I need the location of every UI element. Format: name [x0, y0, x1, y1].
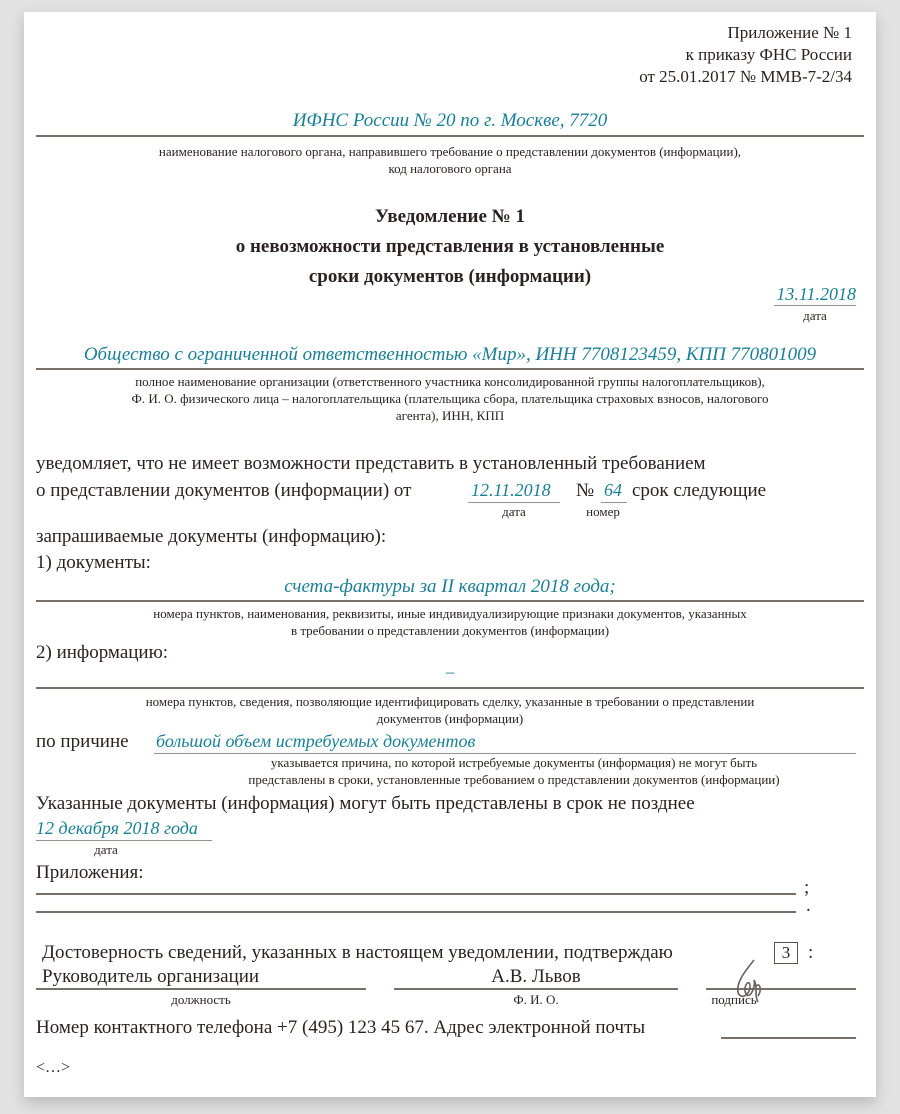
position-underline — [36, 988, 366, 990]
position-caption: должность — [36, 991, 366, 1008]
notice-line-2-prefix: о представлении документов (информации) … — [36, 480, 411, 502]
title-line-3: сроки документов (информации) — [24, 262, 876, 292]
attachment-line-2[interactable] — [36, 911, 796, 913]
full-name-underline — [394, 988, 678, 990]
signature-caption: подпись — [694, 991, 774, 1008]
documents-caption: номера пунктов, наименования, реквизиты,… — [24, 605, 876, 639]
attachment-line-2-end: . — [806, 895, 811, 917]
documents-caption-line-1: номера пунктов, наименования, реквизиты,… — [24, 605, 876, 622]
request-date-caption: дата — [468, 503, 560, 520]
position-value: Руководитель организации — [42, 966, 259, 988]
organization-caption: полное наименование организации (ответст… — [24, 373, 876, 424]
request-number-caption: номер — [576, 503, 630, 520]
document-title: Уведомление № 1 о невозможности представ… — [24, 202, 876, 292]
information-underline — [36, 687, 864, 689]
title-line-2: о невозможности представления в установл… — [24, 232, 876, 262]
document-page: Приложение № 1 к приказу ФНС России от 2… — [24, 12, 876, 1097]
organization-caption-line-3: агента), ИНН, КПП — [24, 407, 876, 424]
information-caption-line-2: документов (информации) — [24, 710, 876, 727]
full-name-caption: Ф. И. О. — [394, 991, 678, 1008]
attachment-line-1[interactable] — [36, 893, 796, 895]
confirmation-code-box: 3 — [774, 942, 798, 964]
contact-text: Номер контактного телефона +7 (495) 123 … — [36, 1017, 645, 1039]
request-date-value: 12.11.2018 — [471, 480, 551, 501]
documents-caption-line-2: в требовании о представлении документов … — [24, 622, 876, 639]
reason-caption-line-1: указывается причина, по которой истребуе… — [164, 754, 864, 771]
information-value: – — [24, 662, 876, 682]
deadline-caption: дата — [36, 841, 176, 858]
notice-line-2-suffix: срок следующие — [632, 480, 766, 502]
notice-line-3: запрашиваемые документы (информацию): — [36, 526, 386, 548]
appendix-line-1: Приложение № 1 — [639, 22, 852, 44]
appendix-reference: Приложение № 1 к приказу ФНС России от 2… — [639, 22, 852, 88]
notice-line-1: уведомляет, что не имеет возможности пре… — [36, 453, 706, 475]
email-underline[interactable] — [721, 1037, 856, 1039]
notice-date-caption: дата — [774, 307, 856, 324]
tax-authority-value: ИФНС России № 20 по г. Москве, 7720 — [24, 110, 876, 132]
title-line-1: Уведомление № 1 — [24, 202, 876, 232]
attachments-label: Приложения: — [36, 862, 144, 884]
notice-date-underline — [774, 305, 856, 306]
organization-caption-line-2: Ф. И. О. физического лица – налогоплател… — [24, 390, 876, 407]
appendix-line-2: к приказу ФНС России — [639, 44, 852, 66]
organization-underline — [36, 368, 864, 370]
documents-value: счета-фактуры за II квартал 2018 года; — [24, 576, 876, 598]
tax-authority-caption-line-2: код налогового органа — [24, 160, 876, 177]
information-caption-line-1: номера пунктов, сведения, позволяющие ид… — [24, 693, 876, 710]
tax-authority-underline — [36, 135, 864, 137]
organization-caption-line-1: полное наименование организации (ответст… — [24, 373, 876, 390]
organization-value: Общество с ограниченной ответственностью… — [24, 344, 876, 366]
reason-caption: указывается причина, по которой истребуе… — [164, 754, 864, 788]
number-sign: № — [576, 480, 594, 502]
reason-caption-line-2: представлены в сроки, установленные треб… — [164, 771, 864, 788]
request-number-value: 64 — [604, 480, 622, 501]
reason-value: большой объем истребуемых документов — [156, 731, 475, 752]
deadline-value: 12 декабря 2018 года — [36, 818, 198, 839]
information-caption: номера пунктов, сведения, позволяющие ид… — [24, 693, 876, 727]
reason-label: по причине — [36, 731, 129, 753]
notice-date-value: 13.11.2018 — [776, 284, 856, 305]
deadline-text: Указанные документы (информация) могут б… — [36, 793, 695, 815]
documents-label: 1) документы: — [36, 552, 151, 574]
documents-underline — [36, 600, 864, 602]
information-label: 2) информацию: — [36, 642, 168, 664]
confirmation-colon: : — [808, 942, 813, 964]
appendix-line-3: от 25.01.2017 № ММВ-7-2/34 — [639, 66, 852, 88]
continuation-ellipsis: <…> — [36, 1059, 70, 1077]
confirmation-text: Достоверность сведений, указанных в наст… — [42, 942, 673, 964]
tax-authority-caption-line-1: наименование налогового органа, направив… — [24, 143, 876, 160]
tax-authority-caption: наименование налогового органа, направив… — [24, 143, 876, 177]
full-name-value: А.В. Львов — [394, 966, 678, 988]
